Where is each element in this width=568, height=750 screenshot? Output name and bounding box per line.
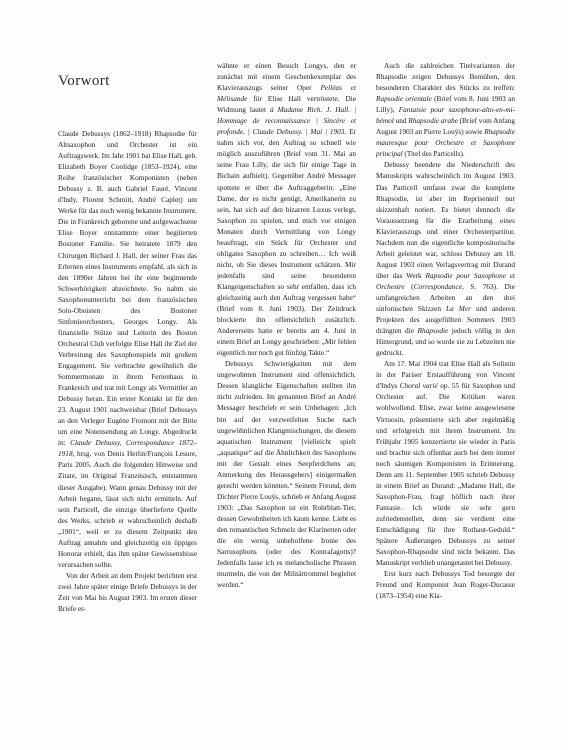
- text-run: Debussys Schwierigkeiten mit dem ungewoh…: [217, 359, 356, 589]
- text-run: (Titel des Particells).: [403, 149, 465, 158]
- italic-text-run: La Mer: [446, 304, 471, 313]
- page-title: Vorwort: [58, 73, 110, 90]
- document-page: Vorwort Claude Debussys (1862–1918) Rhap…: [0, 0, 568, 750]
- italic-text-run: Rapsodie orientale: [376, 94, 432, 103]
- text-run: Auch die zahlreichen Titelvarianten der …: [376, 61, 515, 92]
- paragraph: Von der Arbeit an dem Projekt berichten …: [58, 570, 197, 614]
- italic-text-run: Rhapsodie arabe: [408, 116, 458, 125]
- paragraph: Erst kurz nach Debussys Tod besorgte der…: [376, 568, 515, 601]
- text-run: Erst kurz nach Debussys Tod besorgte der…: [376, 569, 515, 600]
- text-column-3: Auch die zahlreichen Titelvarianten der …: [376, 60, 515, 666]
- text-run: Debussy beendete die Niederschrift des M…: [376, 160, 515, 279]
- paragraph: Debussys Schwierigkeiten mit dem ungewoh…: [217, 358, 356, 590]
- italic-text-run: Rhapsodie: [417, 326, 448, 335]
- text-run: und: [394, 116, 408, 125]
- text-column-1: Claude Debussys (1862–1918) Rhapsodie fü…: [58, 128, 197, 664]
- paragraph: Auch die zahlreichen Titelvarianten der …: [376, 60, 515, 159]
- text-run: Von der Arbeit an dem Projekt berichten …: [58, 571, 197, 613]
- text-run: Claude Debussys (1862–1918) Rhapsodie fü…: [58, 129, 197, 447]
- text-run: op. 55 für Saxophon und Orchester auf. D…: [376, 381, 515, 567]
- text-run: (: [405, 282, 414, 291]
- text-column-2: wähnte er einen Besuch Longys, den er zu…: [217, 60, 356, 664]
- paragraph: Am 17. Mai 1904 trat Elise Hall als Soli…: [376, 358, 515, 568]
- paragraph: Claude Debussys (1862–1918) Rhapsodie fü…: [58, 128, 197, 570]
- italic-text-run: Choral varié: [400, 381, 438, 390]
- paragraph: Debussy beendete die Niederschrift des M…: [376, 159, 515, 358]
- text-run: , hrsg. von Denis Herlin/François Lesure…: [58, 449, 197, 568]
- paragraph: wähnte er einen Besuch Longys, den er zu…: [217, 60, 356, 358]
- italic-text-run: Correspondance: [414, 282, 462, 291]
- text-run: Er nahm sich vor, den Auftrag so schnell…: [217, 127, 356, 357]
